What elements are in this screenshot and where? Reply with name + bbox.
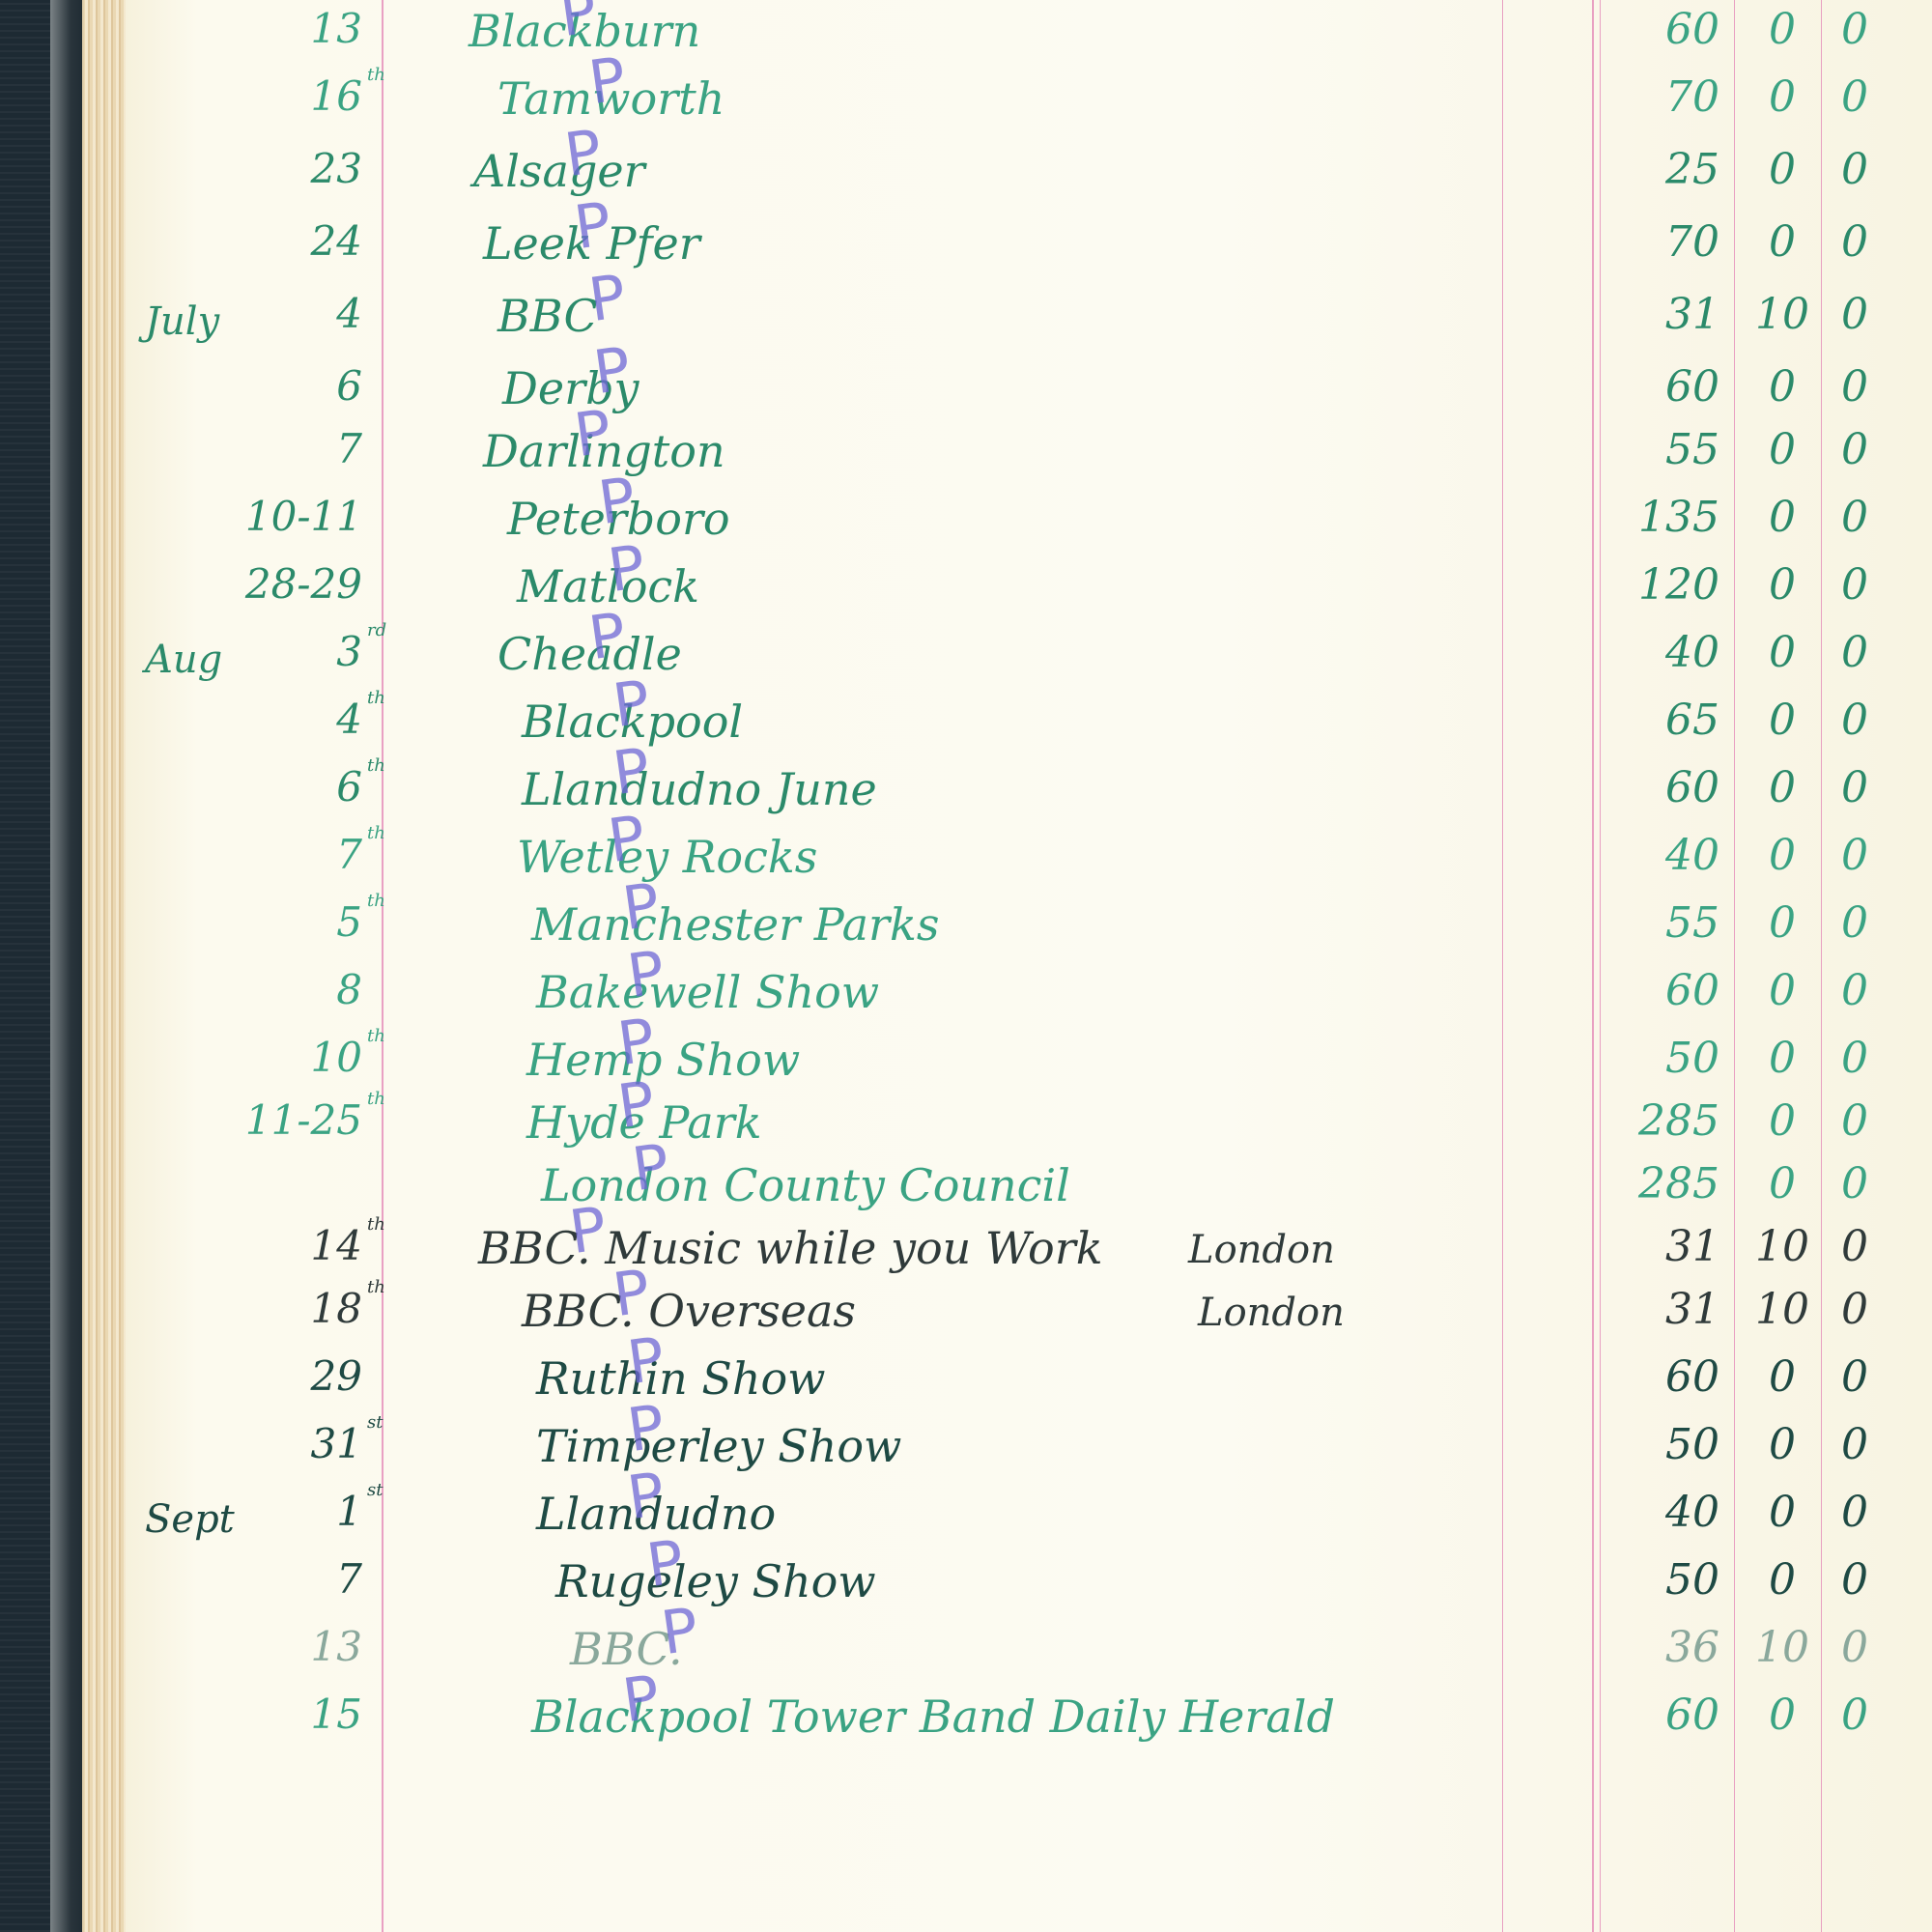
ledger-row: 7Rugeley ShowP5000	[0, 1555, 1932, 1623]
entry-date: 5	[217, 898, 362, 946]
entry-venue: Timperley Show	[536, 1420, 901, 1472]
entry-date: 4	[217, 290, 362, 337]
amount-pounds: 40	[1604, 1488, 1719, 1537]
ledger-row: 29Ruthin ShowP6000	[0, 1352, 1932, 1420]
entry-venue: Rugeley Show	[555, 1555, 876, 1607]
ledger-row: 10-11PeterboroP13500	[0, 493, 1932, 560]
entry-venue: Alsager	[473, 145, 645, 197]
ledger-row: 5thManchester ParksP5500	[0, 898, 1932, 966]
entry-date: 7	[217, 425, 362, 472]
ledger-row: 4thBlackpoolP6500	[0, 696, 1932, 763]
entry-date-suffix: th	[367, 1089, 385, 1109]
amount-pounds: 60	[1604, 966, 1719, 1015]
amount-pounds: 135	[1604, 493, 1719, 542]
amount-pence: 0	[1816, 763, 1893, 812]
amount-pence: 0	[1816, 217, 1893, 267]
ledger-row: 18thBBC. OverseasLondonP31100	[0, 1285, 1932, 1352]
amount-pounds: 55	[1604, 898, 1719, 948]
amount-pence: 0	[1816, 1555, 1893, 1605]
amount-pence: 0	[1816, 5, 1893, 54]
entry-date: 18	[217, 1285, 362, 1332]
entry-venue: Hemp Show	[526, 1034, 800, 1086]
ledger-row: 6DerbyP6000	[0, 362, 1932, 430]
ledger-row: 13BBC.P36100	[0, 1623, 1932, 1690]
ledger-row: 14thBBC. Music while you WorkLondonP3110…	[0, 1222, 1932, 1290]
entry-venue: BBC. Overseas	[522, 1285, 856, 1337]
ledger-row: 28-29MatlockP12000	[0, 560, 1932, 628]
entry-venue: Ruthin Show	[536, 1352, 826, 1405]
ledger-row: July4BBCP31100	[0, 290, 1932, 357]
ledger-row: 11-25thHyde ParkP28500	[0, 1096, 1932, 1164]
amount-pounds: 40	[1604, 628, 1719, 677]
amount-pounds: 60	[1604, 763, 1719, 812]
entry-date: 3	[217, 628, 362, 675]
amount-pounds: 70	[1604, 217, 1719, 267]
entry-date: 10	[217, 1034, 362, 1081]
entry-date: 23	[217, 145, 362, 192]
amount-pounds: 50	[1604, 1034, 1719, 1083]
entry-date: 13	[217, 1623, 362, 1670]
amount-pounds: 40	[1604, 831, 1719, 880]
amount-pounds: 60	[1604, 5, 1719, 54]
amount-pence: 0	[1816, 362, 1893, 412]
amount-pence: 0	[1816, 696, 1893, 745]
amount-pence: 0	[1816, 72, 1893, 122]
entry-date: 10-11	[217, 493, 362, 540]
amount-pence: 0	[1816, 1222, 1893, 1271]
amount-pence: 0	[1816, 1159, 1893, 1208]
ledger-row: 7thWetley RocksP4000	[0, 831, 1932, 898]
ledger-row: 7DarlingtonP5500	[0, 425, 1932, 493]
amount-pounds: 60	[1604, 1690, 1719, 1740]
amount-pounds: 120	[1604, 560, 1719, 610]
entry-venue: London County Council	[541, 1159, 1070, 1211]
amount-pence: 0	[1816, 628, 1893, 677]
entry-date-suffix: st	[367, 1480, 383, 1500]
entry-date-suffix: th	[367, 1026, 385, 1046]
amount-pounds: 31	[1604, 1222, 1719, 1271]
entry-date: 11-25	[217, 1096, 362, 1144]
ledger-row: 24Leek PferP7000	[0, 217, 1932, 285]
ledger-row: 13BlackburnP6000	[0, 5, 1932, 72]
amount-pence: 0	[1816, 831, 1893, 880]
entry-location: London	[1198, 1291, 1345, 1335]
amount-pounds: 25	[1604, 145, 1719, 194]
entry-venue: Bakewell Show	[536, 966, 879, 1018]
amount-pence: 0	[1816, 1096, 1893, 1146]
amount-pence: 0	[1816, 1034, 1893, 1083]
amount-pounds: 55	[1604, 425, 1719, 474]
entry-date-suffix: th	[367, 688, 385, 708]
ledger-row: 6thLlandudno JuneP6000	[0, 763, 1932, 831]
ledger-row: 16thTamworthP7000	[0, 72, 1932, 140]
ledger-row: Sept1stLlandudnoP4000	[0, 1488, 1932, 1555]
entry-date-suffix: rd	[367, 620, 386, 640]
amount-pounds: 285	[1604, 1096, 1719, 1146]
entry-date: 1	[217, 1488, 362, 1535]
entry-venue: Llandudno June	[522, 763, 877, 815]
amount-pence: 0	[1816, 425, 1893, 474]
entry-date-suffix: th	[367, 65, 385, 85]
amount-pence: 0	[1816, 1420, 1893, 1469]
entry-date-suffix: th	[367, 1214, 385, 1235]
amount-pence: 0	[1816, 145, 1893, 194]
amount-pounds: 36	[1604, 1623, 1719, 1672]
ledger-row: London County CouncilP28500	[0, 1159, 1932, 1227]
amount-pounds: 70	[1604, 72, 1719, 122]
amount-pounds: 60	[1604, 362, 1719, 412]
entry-date: 4	[217, 696, 362, 743]
entry-venue: BBC	[497, 290, 598, 342]
amount-pence: 0	[1816, 290, 1893, 339]
amount-pounds: 50	[1604, 1420, 1719, 1469]
entry-date: 8	[217, 966, 362, 1013]
entry-date-suffix: st	[367, 1412, 383, 1433]
entry-date: 29	[217, 1352, 362, 1400]
ledger-row: 15Blackpool Tower Band Daily HeraldP6000	[0, 1690, 1932, 1758]
entry-date-suffix: th	[367, 755, 385, 776]
amount-pence: 0	[1816, 1488, 1893, 1537]
amount-pence: 0	[1816, 560, 1893, 610]
amount-pounds: 65	[1604, 696, 1719, 745]
ledger-row: 10thHemp ShowP5000	[0, 1034, 1932, 1101]
entry-date-suffix: th	[367, 1277, 385, 1297]
amount-pounds: 31	[1604, 1285, 1719, 1334]
ledger-row: 23AlsagerP2500	[0, 145, 1932, 213]
entry-date: 16	[217, 72, 362, 120]
amount-pence: 0	[1816, 1690, 1893, 1740]
amount-pence: 0	[1816, 493, 1893, 542]
amount-pence: 0	[1816, 1352, 1893, 1402]
amount-pence: 0	[1816, 1623, 1893, 1672]
entry-date: 7	[217, 1555, 362, 1603]
entry-date: 31	[217, 1420, 362, 1467]
entry-date: 15	[217, 1690, 362, 1738]
entry-location: London	[1188, 1228, 1335, 1272]
entry-date: 14	[217, 1222, 362, 1269]
entry-date: 7	[217, 831, 362, 878]
entry-date-suffix: th	[367, 823, 385, 843]
amount-pounds: 50	[1604, 1555, 1719, 1605]
amount-pounds: 31	[1604, 290, 1719, 339]
amount-pounds: 60	[1604, 1352, 1719, 1402]
ledger-row: 8Bakewell ShowP6000	[0, 966, 1932, 1034]
entry-venue: Manchester Parks	[531, 898, 939, 951]
entry-month: Aug	[145, 638, 222, 682]
entry-date: 6	[217, 362, 362, 410]
ledger-row: 31stTimperley ShowP5000	[0, 1420, 1932, 1488]
entry-date: 13	[217, 5, 362, 52]
entry-venue: Wetley Rocks	[517, 831, 817, 883]
entry-date: 28-29	[217, 560, 362, 608]
amount-pounds: 285	[1604, 1159, 1719, 1208]
amount-pence: 0	[1816, 1285, 1893, 1334]
amount-pence: 0	[1816, 898, 1893, 948]
amount-pence: 0	[1816, 966, 1893, 1015]
entry-date: 24	[217, 217, 362, 265]
entry-date-suffix: th	[367, 891, 385, 911]
entry-date: 6	[217, 763, 362, 810]
ledger-row: Aug3rdCheadleP4000	[0, 628, 1932, 696]
entry-month: July	[145, 299, 219, 344]
